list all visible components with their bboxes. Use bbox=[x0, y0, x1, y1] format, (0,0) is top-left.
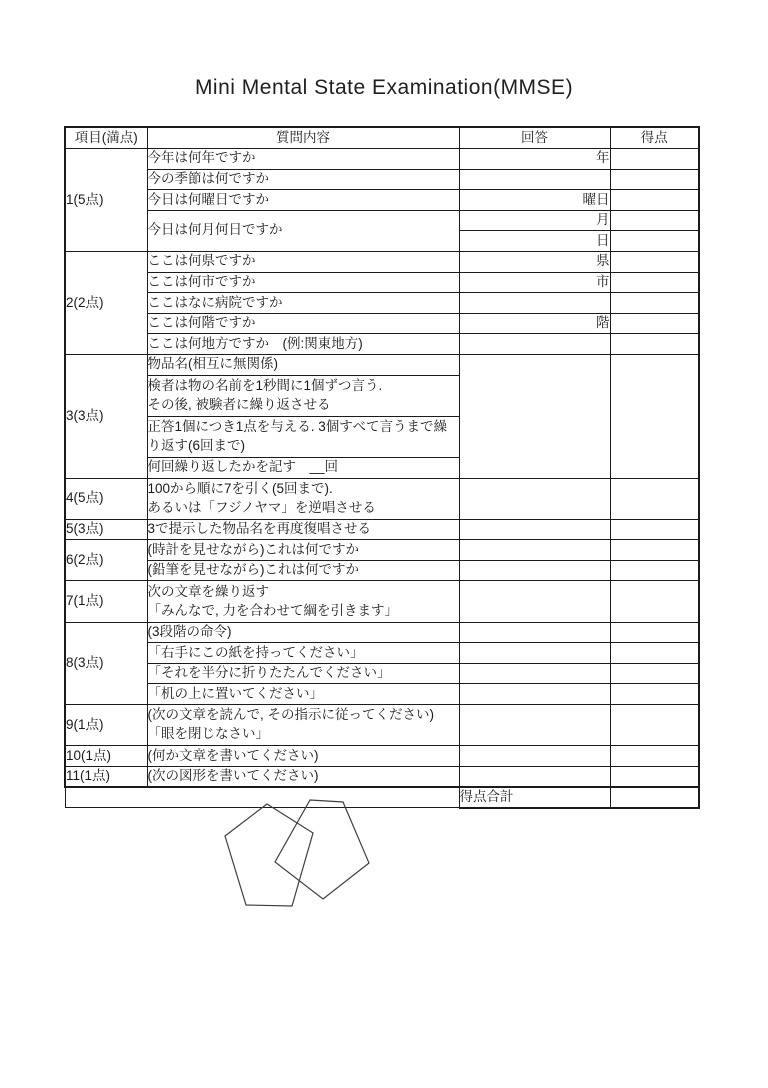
table-row: 11(1点) (次の図形を書いてください) bbox=[65, 766, 699, 787]
score-cell bbox=[610, 293, 699, 314]
table-row: ここは何市ですか 市 bbox=[65, 272, 699, 293]
score-cell bbox=[610, 519, 699, 540]
item-cell: 10(1点) bbox=[65, 746, 147, 767]
answer-cell bbox=[459, 581, 610, 622]
score-cell bbox=[610, 210, 699, 231]
table-row: 1(5点) 今年は何年ですか 年 bbox=[65, 149, 699, 170]
question-cell: 次の文章を繰り返す 「みんなで, 力を合わせて綱を引きます」 bbox=[147, 581, 459, 622]
total-label-cell: 得点合計 bbox=[459, 787, 610, 808]
item-cell: 11(1点) bbox=[65, 766, 147, 787]
table-row: 4(5点) 100から順に7を引く(5回まで). あるいは「フジノヤマ」を逆唱さ… bbox=[65, 478, 699, 519]
item-cell: 6(2点) bbox=[65, 540, 147, 581]
score-cell bbox=[610, 354, 699, 478]
score-cell bbox=[610, 663, 699, 684]
question-cell: ここは何県ですか bbox=[147, 251, 459, 272]
table-row: 10(1点) (何か文章を書いてください) bbox=[65, 746, 699, 767]
table-header: 項目(満点) 質問内容 回答 得点 bbox=[65, 127, 699, 149]
question-cell: 3で提示した物品名を再度復唱させる bbox=[147, 519, 459, 540]
answer-cell: 市 bbox=[459, 272, 610, 293]
question-cell: ここはなに病院ですか bbox=[147, 293, 459, 314]
table-row: 今日は何曜日ですか 曜日 bbox=[65, 190, 699, 211]
table-row: 6(2点) (時計を見せながら)これは何ですか bbox=[65, 540, 699, 561]
question-cell: (何か文章を書いてください) bbox=[147, 746, 459, 767]
table-row: 「それを半分に折りたたんでください」 bbox=[65, 663, 699, 684]
score-cell bbox=[610, 622, 699, 643]
table-row: ここはなに病院ですか bbox=[65, 293, 699, 314]
table-row: ここは何階ですか 階 bbox=[65, 313, 699, 334]
question-cell: (時計を見せながら)これは何ですか bbox=[147, 540, 459, 561]
question-cell: (3段階の命令) bbox=[147, 622, 459, 643]
answer-cell: 日 bbox=[459, 231, 610, 252]
question-cell: 「右手にこの紙を持ってください」 bbox=[147, 643, 459, 664]
header-question: 質問内容 bbox=[147, 127, 459, 149]
header-answer: 回答 bbox=[459, 127, 610, 149]
page-title: Mini Mental State Examination(MMSE) bbox=[0, 0, 768, 100]
document-page: Mini Mental State Examination(MMSE) 項目(満… bbox=[0, 0, 768, 1088]
total-score-cell bbox=[610, 787, 699, 808]
item-cell: 4(5点) bbox=[65, 478, 147, 519]
item-cell: 5(3点) bbox=[65, 519, 147, 540]
header-score: 得点 bbox=[610, 127, 699, 149]
answer-cell: 年 bbox=[459, 149, 610, 170]
item-cell: 7(1点) bbox=[65, 581, 147, 622]
score-cell bbox=[610, 313, 699, 334]
question-cell: 今日は何曜日ですか bbox=[147, 190, 459, 211]
question-cell: 今年は何年ですか bbox=[147, 149, 459, 170]
item-cell: 3(3点) bbox=[65, 354, 147, 478]
table-row: ここは何地方ですか (例:関東地方) bbox=[65, 334, 699, 355]
pentagon-left bbox=[225, 804, 313, 906]
answer-cell bbox=[459, 705, 610, 746]
item-cell: 1(5点) bbox=[65, 149, 147, 252]
score-cell bbox=[610, 334, 699, 355]
score-cell bbox=[610, 251, 699, 272]
question-cell: (次の文章を読んで, その指示に従ってください) 「眼を閉じなさい」 bbox=[147, 705, 459, 746]
question-cell: 何回繰り返したかを記す __回 bbox=[147, 457, 459, 478]
answer-cell: 曜日 bbox=[459, 190, 610, 211]
table-row: 7(1点) 次の文章を繰り返す 「みんなで, 力を合わせて綱を引きます」 bbox=[65, 581, 699, 622]
question-cell: 「机の上に置いてください」 bbox=[147, 684, 459, 705]
answer-cell bbox=[459, 746, 610, 767]
table-row: 9(1点) (次の文章を読んで, その指示に従ってください) 「眼を閉じなさい」 bbox=[65, 705, 699, 746]
answer-cell bbox=[459, 622, 610, 643]
question-cell: 今の季節は何ですか bbox=[147, 169, 459, 190]
score-cell bbox=[610, 169, 699, 190]
score-cell bbox=[610, 705, 699, 746]
score-cell bbox=[610, 766, 699, 787]
answer-cell bbox=[459, 519, 610, 540]
question-cell: 今日は何月何日ですか bbox=[147, 210, 459, 251]
table-row: (鉛筆を見せながら)これは何ですか bbox=[65, 560, 699, 581]
question-cell: 100から順に7を引く(5回まで). あるいは「フジノヤマ」を逆唱させる bbox=[147, 478, 459, 519]
answer-cell bbox=[459, 663, 610, 684]
question-cell: 正答1個につき1点を与える. 3個すべて言うまで繰り返す(6回まで) bbox=[147, 416, 459, 457]
score-cell bbox=[610, 231, 699, 252]
answer-cell bbox=[459, 643, 610, 664]
answer-cell bbox=[459, 478, 610, 519]
answer-cell bbox=[459, 540, 610, 561]
header-row: 項目(満点) 質問内容 回答 得点 bbox=[65, 127, 699, 149]
table-row: 5(3点) 3で提示した物品名を再度復唱させる bbox=[65, 519, 699, 540]
table-row: 8(3点) (3段階の命令) bbox=[65, 622, 699, 643]
answer-cell: 県 bbox=[459, 251, 610, 272]
item-cell: 2(2点) bbox=[65, 251, 147, 354]
answer-cell bbox=[459, 293, 610, 314]
answer-cell bbox=[459, 169, 610, 190]
question-cell: ここは何市ですか bbox=[147, 272, 459, 293]
item-cell: 8(3点) bbox=[65, 622, 147, 704]
answer-cell bbox=[459, 766, 610, 787]
question-cell: 物品名(相互に無関係) bbox=[147, 354, 459, 375]
answer-cell bbox=[459, 684, 610, 705]
score-cell bbox=[610, 560, 699, 581]
table-row: 「机の上に置いてください」 bbox=[65, 684, 699, 705]
pentagons-figure bbox=[215, 794, 385, 920]
question-cell: ここは何階ですか bbox=[147, 313, 459, 334]
table-row: 2(2点) ここは何県ですか 県 bbox=[65, 251, 699, 272]
table-row: 「右手にこの紙を持ってください」 bbox=[65, 643, 699, 664]
answer-cell bbox=[459, 560, 610, 581]
answer-cell: 階 bbox=[459, 313, 610, 334]
pentagon-right bbox=[275, 800, 369, 899]
mmse-table: 項目(満点) 質問内容 回答 得点 1(5点) 今年は何年ですか 年 今の季節は… bbox=[64, 126, 700, 809]
answer-cell bbox=[459, 334, 610, 355]
score-cell bbox=[610, 581, 699, 622]
question-cell: 「それを半分に折りたたんでください」 bbox=[147, 663, 459, 684]
answer-cell: 月 bbox=[459, 210, 610, 231]
table-row: 3(3点) 物品名(相互に無関係) bbox=[65, 354, 699, 375]
header-item: 項目(満点) bbox=[65, 127, 147, 149]
answer-cell bbox=[459, 354, 610, 478]
score-cell bbox=[610, 684, 699, 705]
question-cell: (次の図形を書いてください) bbox=[147, 766, 459, 787]
question-cell: 検者は物の名前を1秒間に1個ずつ言う. その後, 被験者に繰り返させる bbox=[147, 375, 459, 416]
score-cell bbox=[610, 746, 699, 767]
question-cell: (鉛筆を見せながら)これは何ですか bbox=[147, 560, 459, 581]
score-cell bbox=[610, 643, 699, 664]
table-row: 今日は何月何日ですか 月 bbox=[65, 210, 699, 231]
score-cell bbox=[610, 149, 699, 170]
table-row: 今の季節は何ですか bbox=[65, 169, 699, 190]
score-cell bbox=[610, 540, 699, 561]
item-cell: 9(1点) bbox=[65, 705, 147, 746]
question-cell: ここは何地方ですか (例:関東地方) bbox=[147, 334, 459, 355]
score-cell bbox=[610, 190, 699, 211]
score-cell bbox=[610, 272, 699, 293]
score-cell bbox=[610, 478, 699, 519]
